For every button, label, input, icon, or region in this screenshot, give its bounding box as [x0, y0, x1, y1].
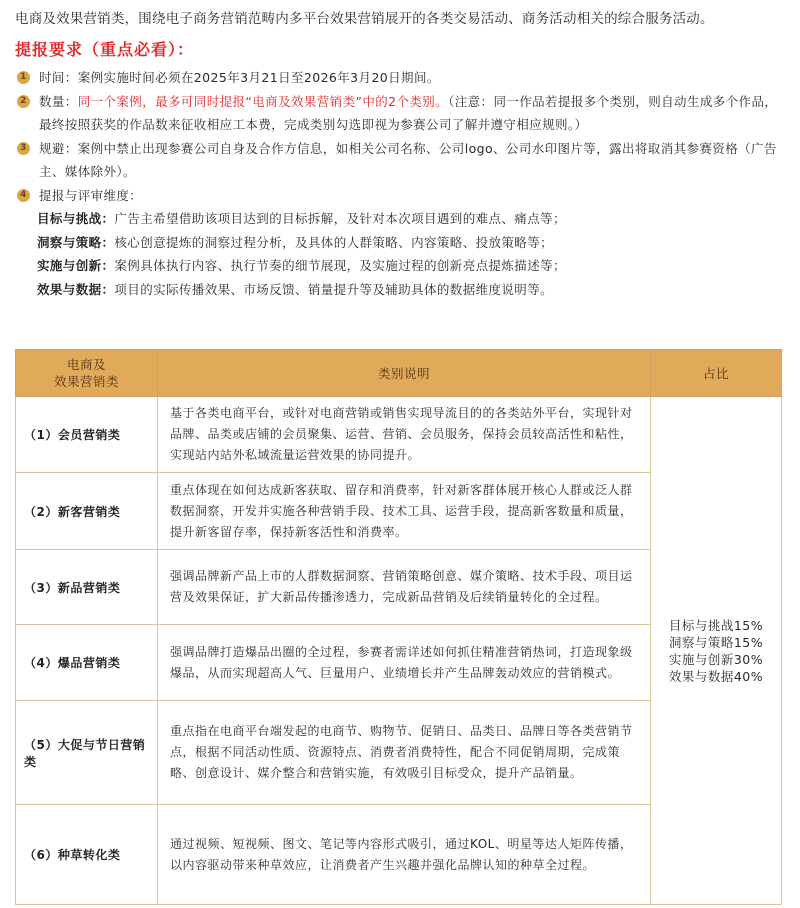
intro-paragraph: 电商及效果营销类，围绕电子商务营销范畴内多平台效果营销展开的各类交易活动、商务活…: [15, 8, 714, 30]
requirement-item-time: 1 时间：案例实施时间必须在2025年3月21日至2026年3月20日期间。: [15, 66, 787, 90]
description-cell: 强调品牌打造爆品出圈的全过程，参赛者需详述如何抓住精准营销热词，打造现象级爆品，…: [158, 625, 651, 701]
ratio-item: 效果与数据40%: [669, 668, 763, 685]
requirement-item-dimensions: 4 提报与评审维度：: [15, 184, 787, 208]
dimension-label: 洞察与策略：: [37, 235, 114, 250]
header-line: 电商及: [67, 357, 106, 372]
dimension-text: 项目的实际传播效果、市场反馈、销量提升等及辅助具体的数据维度说明等。: [114, 282, 553, 297]
dimension-label: 目标与挑战：: [37, 211, 114, 226]
table-row: （1）会员营销类 基于各类电商平台，或针对电商营销或销售实现导流目的的各类站外平…: [16, 397, 782, 473]
dimension-text: 广告主希望借助该项目达到的目标拆解，及针对本次项目遇到的难点、痛点等；: [114, 211, 566, 226]
ratio-list: 目标与挑战15% 洞察与策略15% 实施与创新30% 效果与数据40%: [669, 617, 763, 685]
table-header-row: 电商及效果营销类 类别说明 占比: [16, 350, 782, 397]
number-badge-icon: 1: [17, 71, 30, 84]
item-highlight-text: 同一个案例，最多可同时提报“电商及效果营销类”中的2个类别。: [78, 94, 448, 109]
description-cell: 重点体现在如何达成新客获取、留存和消费率，针对新客群体展开核心人群或泛人群数据洞…: [158, 473, 651, 550]
requirement-item-avoid: 3 规避：案例中禁止出现参赛公司自身及合作方信息，如相关公司名称、公司logo、…: [15, 137, 787, 184]
dimension-label: 实施与创新：: [37, 258, 114, 273]
number-badge-icon: 4: [17, 189, 30, 202]
number-badge-icon: 3: [17, 142, 30, 155]
dimension-text: 核心创意提炼的洞察过程分析，及具体的人群策略、内容策略、投放策略等；: [114, 235, 553, 250]
category-cell: （3）新品营销类: [16, 550, 158, 625]
dimension-results: 效果与数据：项目的实际传播效果、市场反馈、销量提升等及辅助具体的数据维度说明等。: [37, 278, 787, 302]
header-line: 效果营销类: [54, 374, 119, 389]
number-badge-icon: 2: [17, 95, 30, 108]
dimension-execution: 实施与创新：案例具体执行内容、执行节奏的细节展现，及实施过程的创新亮点提炼描述等…: [37, 254, 787, 278]
item-text: 案例实施时间必须在2025年3月21日至2026年3月20日期间。: [78, 70, 440, 85]
category-cell: （6）种草转化类: [16, 805, 158, 905]
header-category: 电商及效果营销类: [16, 350, 158, 397]
description-cell: 通过视频、短视频、图文、笔记等内容形式吸引，通过KOL、明星等达人矩阵传播，以内…: [158, 805, 651, 905]
requirements-list: 1 时间：案例实施时间必须在2025年3月21日至2026年3月20日期间。 2…: [15, 66, 787, 301]
item-label: 时间：: [39, 70, 78, 85]
dimension-label: 效果与数据：: [37, 282, 114, 297]
item-text: 案例中禁止出现参赛公司自身及合作方信息，如相关公司名称、公司logo、公司水印图…: [39, 141, 777, 180]
item-label: 规避：: [39, 141, 78, 156]
description-cell: 强调品牌新产品上市的人群数据洞察、营销策略创意、媒介策略、技术手段、项目运营及效…: [158, 550, 651, 625]
category-cell: （2）新客营销类: [16, 473, 158, 550]
ratio-cell: 目标与挑战15% 洞察与策略15% 实施与创新30% 效果与数据40%: [651, 397, 782, 905]
dimension-list: 目标与挑战：广告主希望借助该项目达到的目标拆解，及针对本次项目遇到的难点、痛点等…: [15, 207, 787, 301]
category-cell: （1）会员营销类: [16, 397, 158, 473]
ratio-item: 洞察与策略15%: [669, 634, 763, 651]
item-label: 提报与评审维度：: [39, 188, 142, 203]
dimension-goal: 目标与挑战：广告主希望借助该项目达到的目标拆解，及针对本次项目遇到的难点、痛点等…: [37, 207, 787, 231]
ratio-item: 目标与挑战15%: [669, 617, 763, 634]
requirements-title: 提报要求（重点必看）：: [15, 37, 194, 60]
category-cell: （4）爆品营销类: [16, 625, 158, 701]
dimension-text: 案例具体执行内容、执行节奏的细节展现，及实施过程的创新亮点提炼描述等；: [114, 258, 566, 273]
description-cell: 基于各类电商平台，或针对电商营销或销售实现导流目的的各类站外平台，实现针对品牌、…: [158, 397, 651, 473]
dimension-insight: 洞察与策略：核心创意提炼的洞察过程分析，及具体的人群策略、内容策略、投放策略等；: [37, 231, 787, 255]
category-table: 电商及效果营销类 类别说明 占比 （1）会员营销类 基于各类电商平台，或针对电商…: [15, 349, 782, 905]
description-cell: 重点指在电商平台端发起的电商节、购物节、促销日、品类日、品牌日等各类营销节点，根…: [158, 701, 651, 805]
header-ratio: 占比: [651, 350, 782, 397]
requirement-item-quantity: 2 数量：同一个案例，最多可同时提报“电商及效果营销类”中的2个类别。（注意：同…: [15, 90, 787, 137]
header-description: 类别说明: [158, 350, 651, 397]
category-cell: （5）大促与节日营销类: [16, 701, 158, 805]
ratio-item: 实施与创新30%: [669, 651, 763, 668]
item-label: 数量：: [39, 94, 78, 109]
